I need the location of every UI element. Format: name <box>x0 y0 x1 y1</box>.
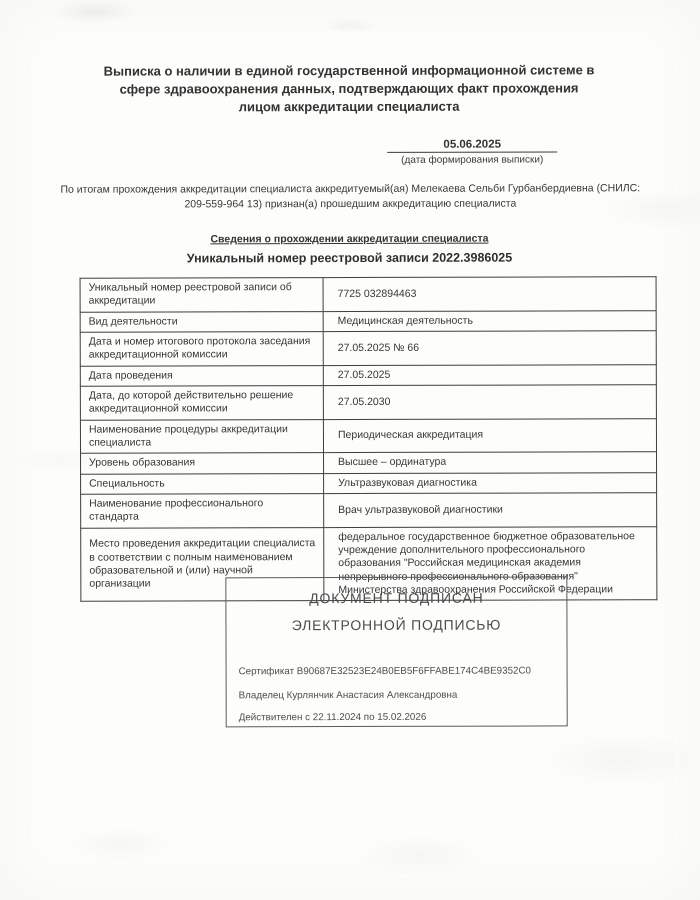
row-value: Медицинская деятельность <box>323 310 656 331</box>
signature-stamp-line1: ДОКУМЕНТ ПОДПИСАН <box>226 589 566 606</box>
signature-stamp-line2: ЭЛЕКТРОННОЙ ПОДПИСЬЮ <box>226 616 566 633</box>
table-row: Дата и номер итогового протокола заседан… <box>80 331 656 366</box>
scanned-document-page: Выписка о наличии в единой государственн… <box>0 0 700 900</box>
formation-date-block: 05.06.2025 (дата формирования выписки) <box>387 138 557 165</box>
row-value: Периодическая аккредитация <box>323 418 656 453</box>
formation-date-caption: (дата формирования выписки) <box>387 154 557 165</box>
row-label: Вид деятельности <box>80 311 323 332</box>
row-value: 27.05.2025 <box>323 364 656 385</box>
table-row: СпециальностьУльтразвуковая диагностика <box>81 472 657 494</box>
registry-record-heading: Уникальный номер реестровой записи 2022.… <box>0 250 700 266</box>
accreditation-details-table: Уникальный номер реестровой записи об ак… <box>80 276 658 602</box>
row-label: Наименование процедуры аккредитации спец… <box>80 419 323 453</box>
accreditation-intro-paragraph: По итогам прохождения аккредитации специ… <box>53 181 647 213</box>
row-value: Ультразвуковая диагностика <box>324 472 657 493</box>
row-label: Уникальный номер реестровой записи об ак… <box>80 278 323 312</box>
row-value: 7725 032894463 <box>323 277 656 312</box>
electronic-signature-stamp: ДОКУМЕНТ ПОДПИСАН ЭЛЕКТРОННОЙ ПОДПИСЬЮ С… <box>225 576 567 727</box>
table-row: Дата, до которой действительно решение а… <box>80 385 656 420</box>
row-value: Высшее – ординатура <box>324 452 657 473</box>
row-value: 27.05.2030 <box>323 385 656 420</box>
row-label: Наименование профессионального стандарта <box>81 494 324 528</box>
row-label: Специальность <box>81 473 324 494</box>
document-content: Выписка о наличии в единой государственн… <box>0 0 700 900</box>
row-label: Уровень образования <box>81 453 324 474</box>
document-title: Выписка о наличии в единой государственн… <box>99 61 599 117</box>
table-row: Наименование процедуры аккредитации спец… <box>80 418 656 453</box>
row-label: Дата, до которой действительно решение а… <box>80 386 323 420</box>
signature-owner: Владелец Курлянчик Анастасия Александров… <box>239 689 559 701</box>
table-row: Дата проведения27.05.2025 <box>80 364 656 386</box>
row-value: Врач ультразвуковой диагностики <box>324 493 657 528</box>
signature-validity-period: Действителен с 22.11.2024 по 15.02.2026 <box>239 711 559 723</box>
signature-certificate: Сертификат B90687E32523E24B0EB5F6FFABE17… <box>239 665 559 677</box>
table-row: Наименование профессионального стандарта… <box>81 493 657 528</box>
formation-date-value: 05.06.2025 <box>387 138 557 152</box>
row-label: Дата проведения <box>80 365 323 386</box>
section-heading: Сведения о прохождении аккредитации спец… <box>0 232 699 246</box>
table-row: Вид деятельностиМедицинская деятельность <box>80 310 656 332</box>
row-label: Дата и номер итогового протокола заседан… <box>80 332 323 366</box>
table-row: Уникальный номер реестровой записи об ак… <box>80 277 656 312</box>
row-value: 27.05.2025 № 66 <box>323 331 656 366</box>
table-row: Уровень образованияВысшее – ординатура <box>81 452 657 474</box>
accreditation-table-body: Уникальный номер реестровой записи об ак… <box>80 277 657 602</box>
